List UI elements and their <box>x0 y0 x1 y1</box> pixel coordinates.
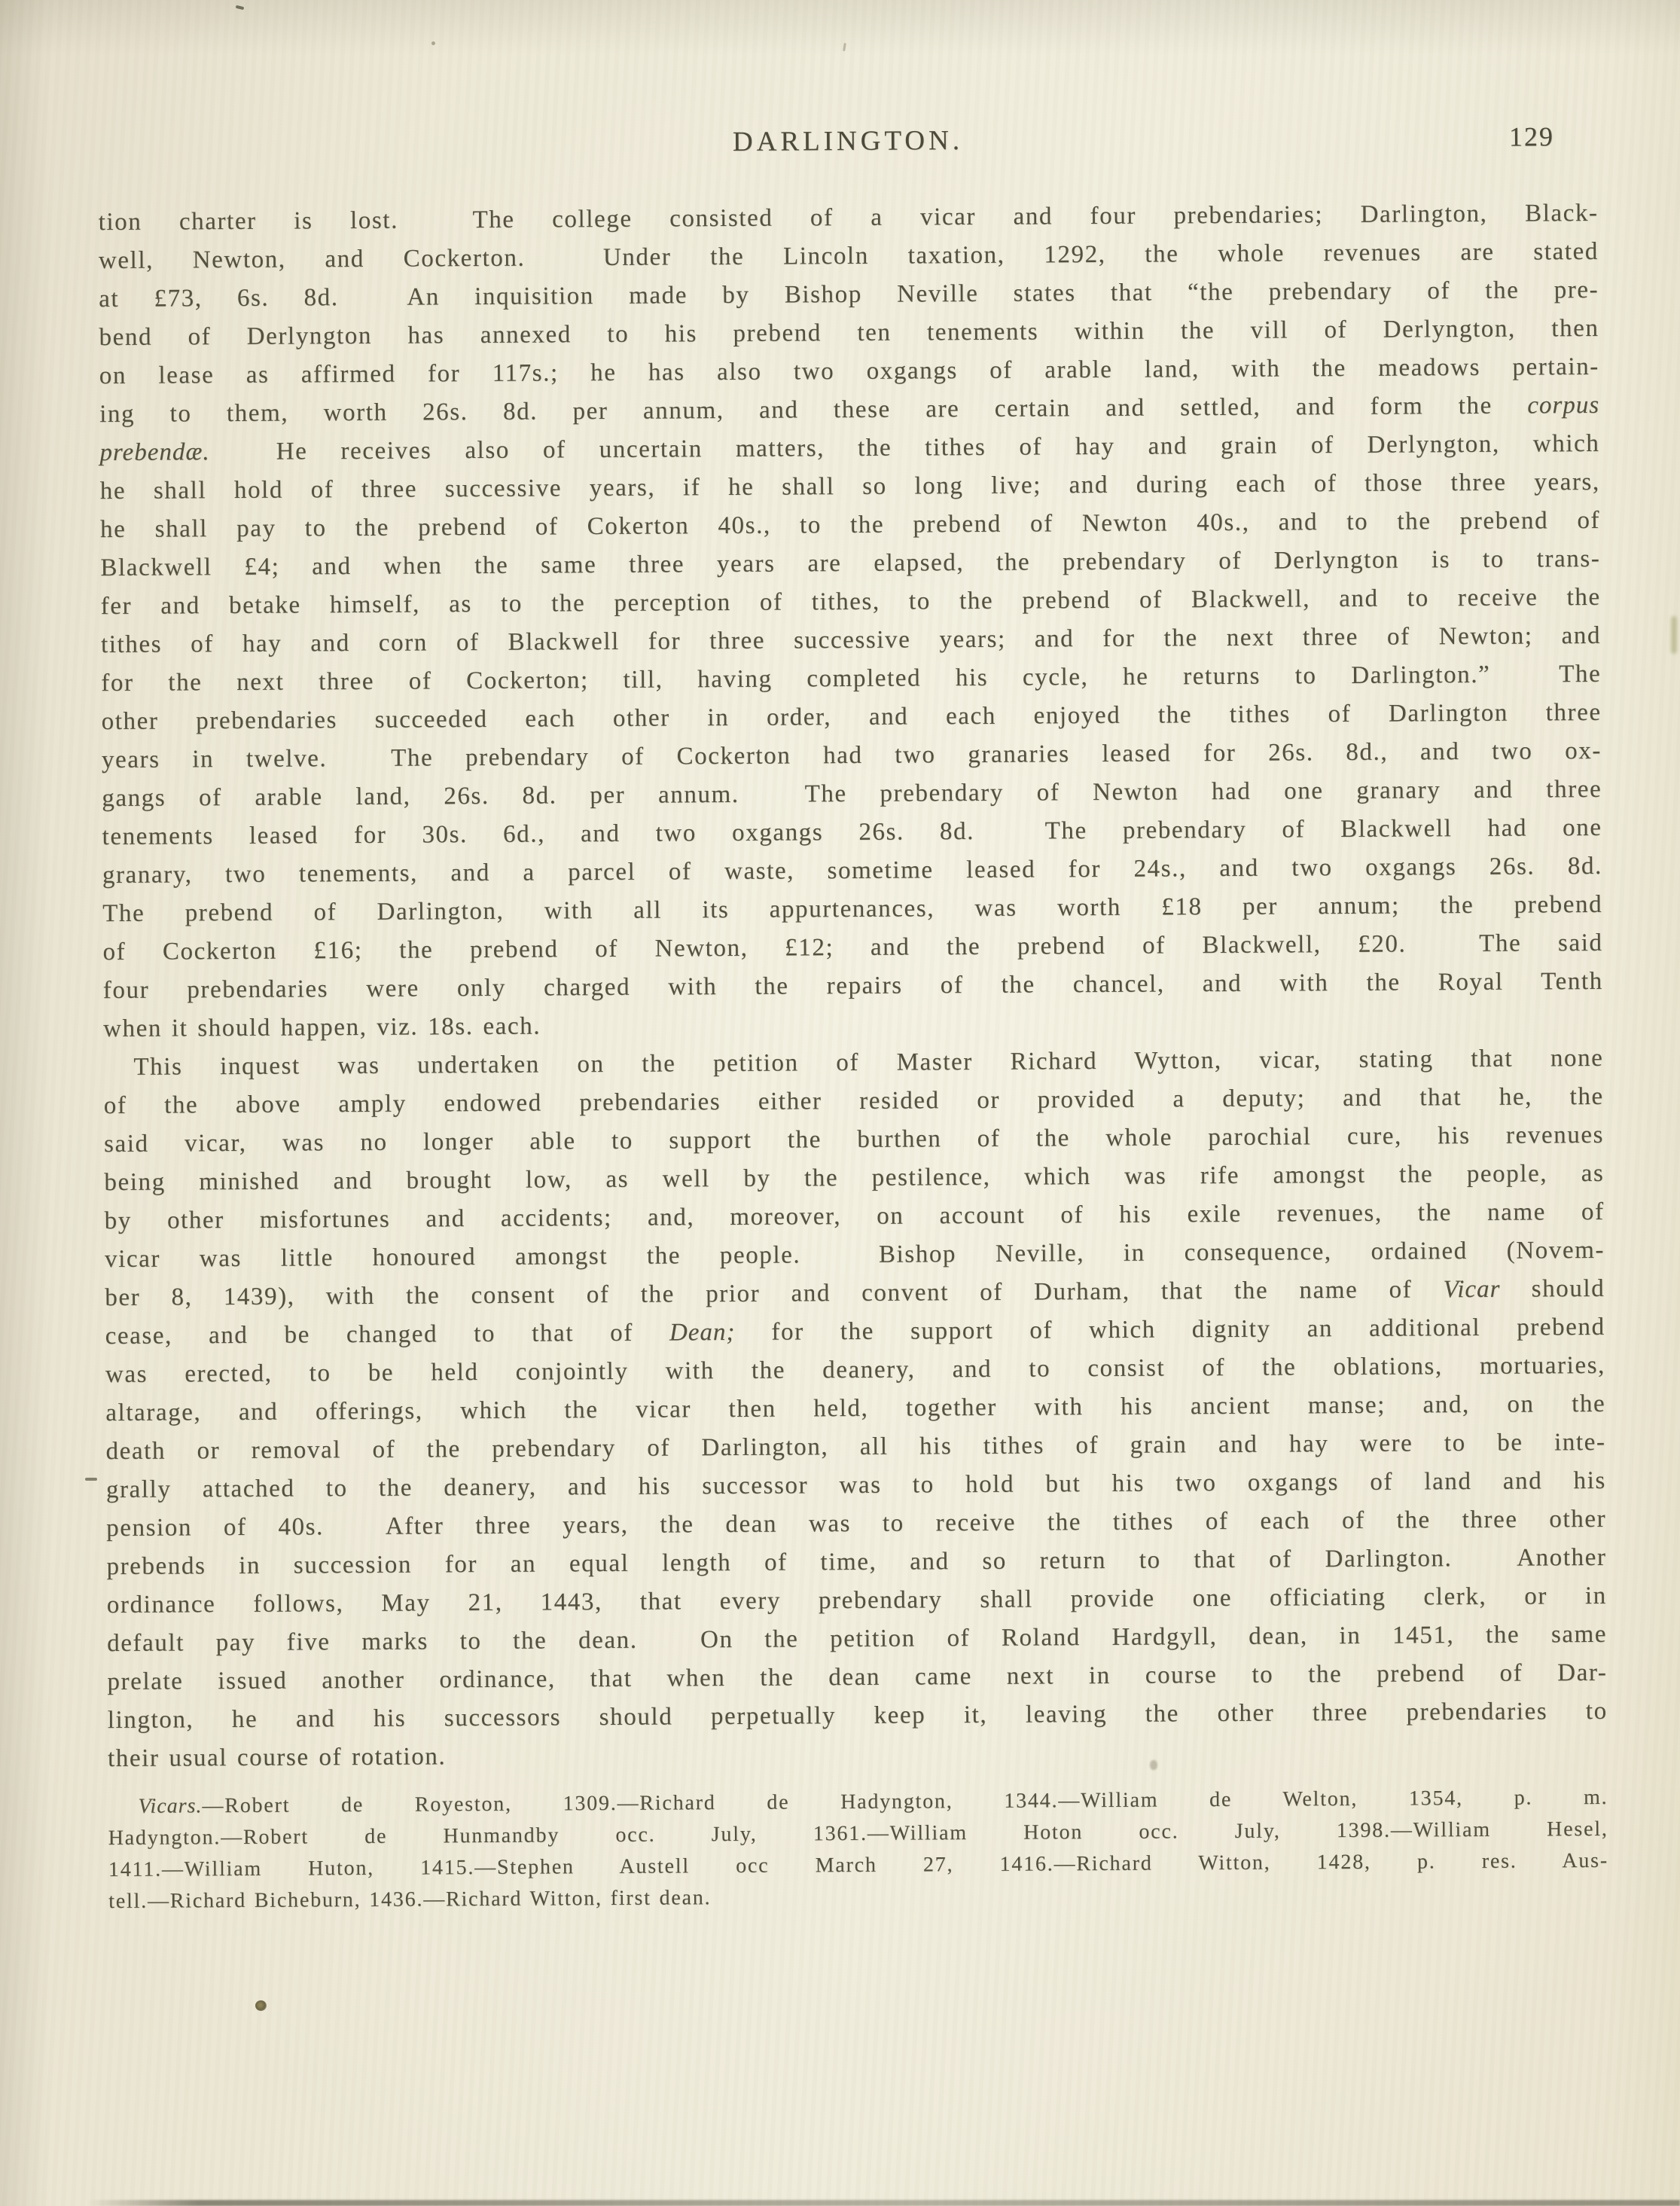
page-number: 129 <box>1509 121 1554 152</box>
edge-smudge <box>1671 616 1677 654</box>
paragraph: tion charter is lost. The college consis… <box>98 194 1603 1048</box>
page-header: DARLINGTON. 129 <box>98 121 1598 166</box>
paragraph: This inquest was undertaken on the petit… <box>103 1039 1608 1778</box>
body-text: tion charter is lost. The college consis… <box>98 194 1608 1778</box>
text-line: their usual course of rotation. <box>108 1731 1608 1778</box>
paragraph: Vicars.—Robert de Royeston, 1309.—Richar… <box>108 1782 1608 1918</box>
scanned-content: DARLINGTON. 129 tion charter is lost. Th… <box>97 0 1611 2206</box>
running-title: DARLINGTON. <box>98 121 1598 162</box>
book-page: DARLINGTON. 129 tion charter is lost. Th… <box>0 0 1680 2206</box>
margin-dash-mark <box>85 1478 97 1481</box>
footnote-vicars-list: Vicars.—Robert de Royeston, 1309.—Richar… <box>108 1782 1608 1918</box>
